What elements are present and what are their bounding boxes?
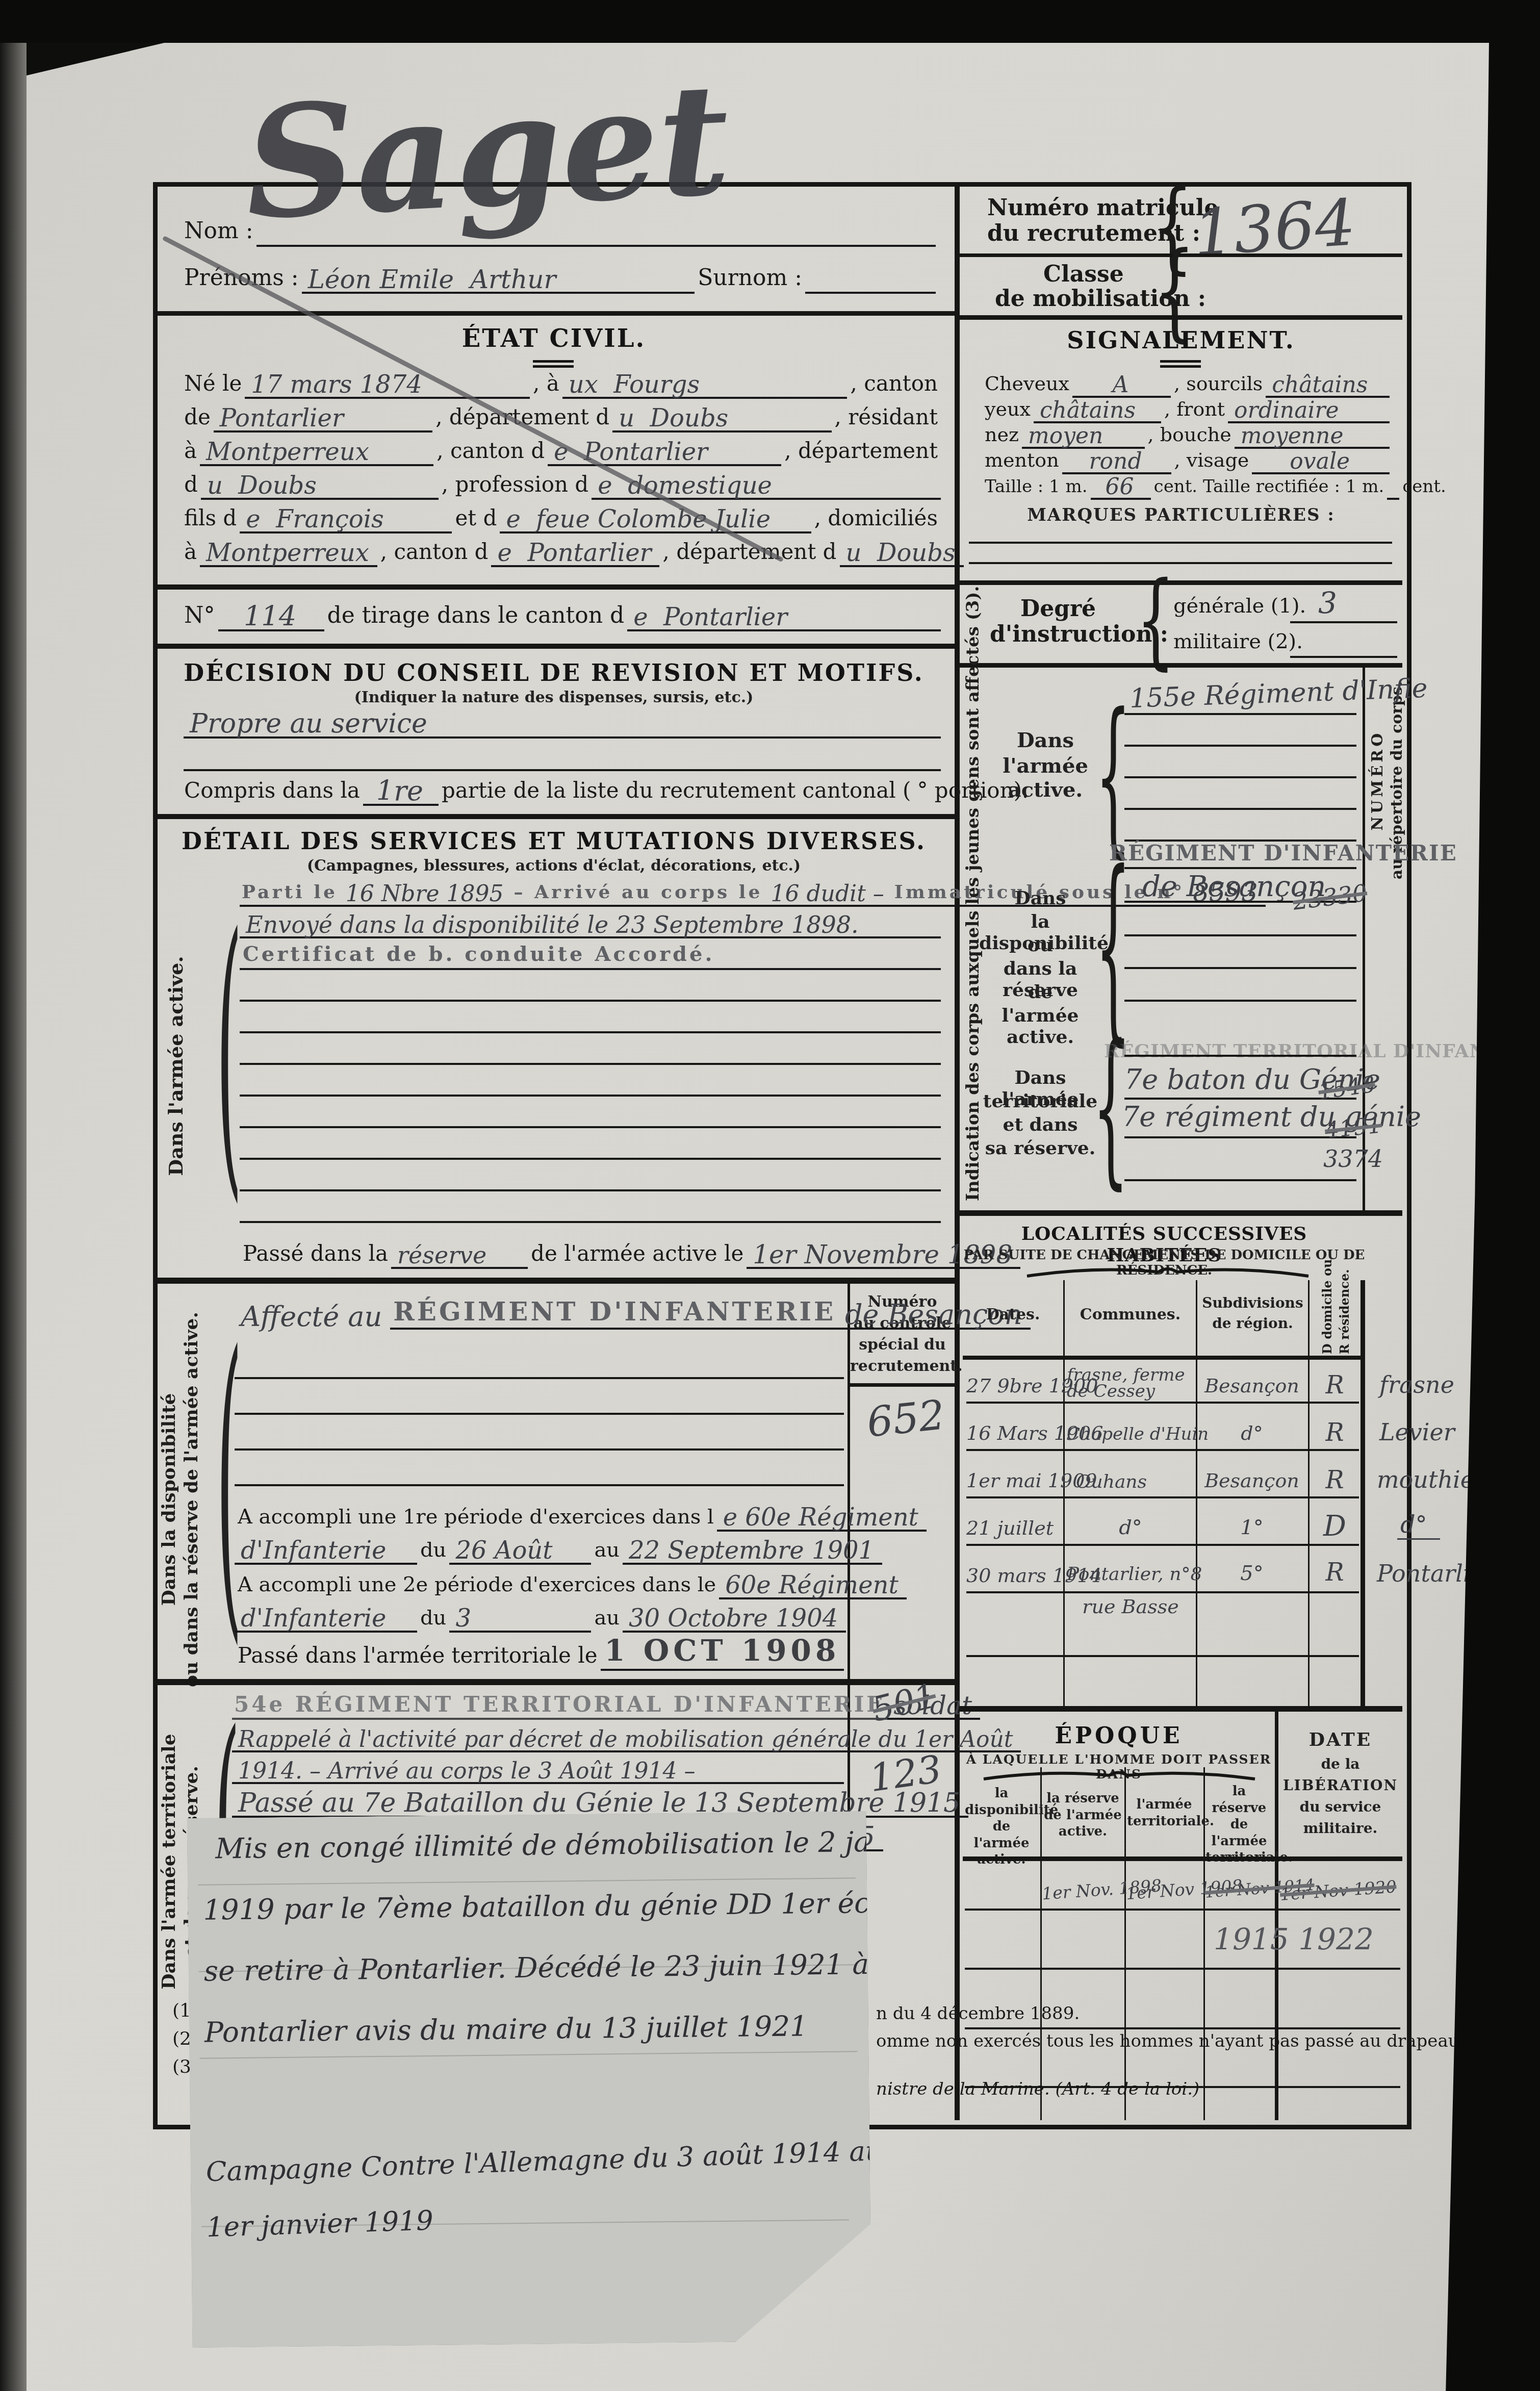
service-blank-3	[240, 1063, 941, 1065]
regiment-infanterie-stamp-right: RÉGIMENT D'INFANTERIE	[1109, 841, 1359, 866]
periode1-regiment: e 60e Régiment	[717, 1506, 927, 1532]
bouche-value: moyenne	[1235, 425, 1390, 449]
passe-territoriale-label: Passé dans l'armée territoriale le	[235, 1643, 601, 1671]
epoque-date-header-4: du service	[1278, 1798, 1402, 1815]
loc-r4-dr: D	[1311, 1510, 1359, 1543]
parti-value: 16 Nbre 1895	[340, 883, 512, 907]
service-blank-4	[240, 1095, 941, 1097]
localites-right-border	[1361, 1280, 1365, 1706]
signalement-row-3: nez moyen , bouche moyenne	[982, 422, 1390, 449]
dispo-corps-label-5: de	[984, 981, 1096, 1003]
terr-corps-line-0	[1124, 1055, 1356, 1057]
etat-row-1: Né le 17 mars 1874 , à ux Fourgs , canto…	[181, 369, 941, 399]
surnom-line	[805, 292, 936, 294]
periode2-row-a: A accompli une 2e période d'exercices da…	[235, 1570, 844, 1599]
service-blank-2	[240, 1031, 941, 1033]
photo-top-edge	[0, 0, 1540, 43]
instruction-divider	[960, 663, 1402, 668]
footnote-fragment-3: nistre de la Marine. (Art. 4 de la loi.)	[873, 2079, 1202, 2102]
service-blank-1	[240, 1000, 941, 1002]
arrive-value: 16 dudit –	[764, 883, 892, 907]
passe-reserve-value1: réserve	[391, 1244, 528, 1269]
ne-label: Né le	[181, 371, 245, 399]
loc-r4-sub: 1°	[1198, 1516, 1305, 1539]
epoque-row2-line	[965, 1968, 1400, 1970]
terr-corps-label-3: et dans	[974, 1114, 1107, 1135]
compris-value: 1re	[363, 778, 439, 806]
rappele-row-1: Rappelé à l'activité par décret de mobil…	[232, 1723, 844, 1752]
dom-dep-value: u Doubs	[840, 542, 964, 567]
periode2-au: au	[591, 1606, 623, 1633]
epoque-row4-line	[965, 2086, 1400, 2088]
periode1-label: A accompli une 1re période d'exercices d…	[235, 1505, 717, 1532]
residence-a-label: à	[181, 438, 200, 466]
periode2-label: A accompli une 2e période d'exercices da…	[235, 1573, 719, 1599]
passe-reserve-t2: de l'armée active le	[528, 1241, 747, 1269]
residence-value: Montperreux	[200, 441, 433, 466]
domicilies-label: , domiciliés	[811, 505, 941, 533]
prenoms-value: Léon Emile Arthur	[302, 268, 695, 294]
epoque-brace-ornament	[982, 1769, 1257, 1781]
loc-r1-line	[966, 1402, 1359, 1404]
slip-rule-3	[200, 2051, 858, 2059]
marques-line-2	[969, 562, 1392, 564]
loc-r2-commune: Chapelle d'Huin	[1067, 1424, 1209, 1444]
prenoms-row: Prénoms : Léon Emile Arthur Surnom :	[181, 265, 936, 294]
dispo-blank-2	[235, 1413, 844, 1415]
visage-value: ovale	[1252, 451, 1390, 474]
dom-value: Montperreux	[200, 542, 377, 567]
epoque-header-underline	[963, 1856, 1402, 1861]
birthplace-value: ux Fourgs	[562, 373, 848, 399]
slip-line-1: Mis en congé illimité de démobilisation …	[215, 1824, 943, 1865]
loc-r2-line	[966, 1449, 1359, 1451]
rappele-line-2: 1914. – Arrivé au corps le 3 Août 1914 –	[232, 1761, 844, 1784]
periode1-to: 22 Septembre 1901	[623, 1539, 882, 1565]
decision-value: Propre au service	[184, 711, 941, 739]
services-side-label: Dans l'armée active.	[164, 887, 187, 1244]
epoque-value-1922: 1922	[1295, 1922, 1377, 1956]
signalement-row-1: Cheveux A , sourcils châtains	[982, 371, 1390, 398]
epoque-title: ÉPOQUE	[963, 1723, 1275, 1749]
localites-col-line-1	[1063, 1280, 1065, 1706]
mother-value: e feue Colombe Julie	[500, 508, 811, 533]
periode2-du: du	[417, 1606, 449, 1633]
loc-r4-commune: d°	[1067, 1516, 1194, 1539]
nom-label: Nom :	[181, 218, 256, 247]
localites-col-sub-2: de région.	[1197, 1315, 1308, 1332]
dispo-corps-label-3: ou	[984, 934, 1096, 956]
nez-label: nez	[982, 423, 1022, 449]
slip-campagne-1: Campagne Contre l'Allemagne du 3 août 19…	[206, 2135, 883, 2188]
signalement-divider	[960, 580, 1402, 585]
dispo-corps-line-3	[1124, 1000, 1356, 1002]
residence-canton-label: , canton d	[433, 438, 548, 466]
periode2-from: 3	[449, 1607, 591, 1633]
residant-label: , résidant	[832, 404, 941, 433]
epoque-col2-header: la réserve de l'armée active.	[1043, 1790, 1122, 1840]
services-paren: (	[216, 898, 242, 1203]
genie-reg-number-2: 3374	[1323, 1145, 1383, 1173]
localites-col-line-3	[1308, 1280, 1310, 1706]
parti-stamp: Parti le	[240, 881, 340, 907]
active-line-3	[1124, 776, 1356, 778]
dispo-side-label-2: ou dans la réserve de l'armée active.	[181, 1311, 202, 1688]
armee-active-label-1: Dans	[994, 728, 1096, 752]
slip-line-3: se retire à Pontarlier. Décédé le 23 jui…	[203, 1948, 869, 1988]
epoque-col-line-1	[1040, 1767, 1042, 2120]
etat-row-4: d u Doubs , profession d e domestique	[181, 470, 941, 500]
terr-corps-label-4: sa réserve.	[974, 1137, 1107, 1159]
epoque-date-header-2: de la	[1278, 1756, 1402, 1772]
et-label: et d	[452, 505, 500, 533]
slip-line-4: Pontarlier avis du maire du 13 juillet 1…	[204, 2010, 808, 2048]
generale-value: 3	[1318, 586, 1337, 620]
matricule-box-bottom	[960, 315, 1402, 320]
localites-col-dr-1: D domicile ou	[1320, 1283, 1334, 1354]
periode1-from: 26 Août	[449, 1539, 591, 1565]
militaire-line	[1290, 656, 1397, 658]
compris-row: Compris dans la 1re partie de la liste d…	[181, 775, 941, 806]
etat-row-6: à Montperreux , canton d e Pontarlier , …	[181, 538, 941, 567]
rappele-line-1: Rappelé à l'activité par décret de mobil…	[232, 1729, 1021, 1752]
front-value: ordinaire	[1228, 400, 1390, 423]
periode1-row-b: d'Infanterie du 26 Août au 22 Septembre …	[235, 1535, 844, 1565]
menton-value: rond	[1062, 451, 1171, 474]
militaire-label: militaire (2).	[1170, 630, 1306, 656]
canton-value: Pontarlier	[214, 407, 432, 433]
dom-canton-label: , canton d	[377, 539, 492, 567]
loc-r3-sub: Besançon	[1198, 1469, 1305, 1492]
armee-active-label-2: l'armée active.	[984, 754, 1107, 802]
yeux-value: châtains	[1034, 400, 1161, 423]
localites-col-dates: Dates.	[963, 1306, 1063, 1324]
generale-line	[1290, 621, 1397, 623]
terr-corps-line-3	[1124, 1179, 1356, 1181]
epoque-col1-header: la disponibilité de l'armée active.	[965, 1785, 1038, 1868]
dispo-corps-label-6: l'armée active.	[979, 1005, 1101, 1048]
epoque-col-line-2	[1124, 1767, 1126, 2120]
ne-value: 17 mars 1874	[245, 373, 530, 399]
periode2-row-b: d'Infanterie du 3 au 30 Octobre 1904	[235, 1603, 844, 1633]
surnom-label: Surnom :	[695, 265, 805, 294]
dispo-corps-line-2	[1124, 967, 1356, 969]
loc-r5-commune-2: rue Basse	[1067, 1595, 1194, 1618]
loc-r4-date: 21 juillet	[966, 1517, 1054, 1539]
footnote-fragment-1: n du 4 décembre 1889.	[873, 2003, 1083, 2027]
taille-label: Taille : 1 m.	[982, 476, 1091, 500]
controle-header-underline	[848, 1383, 955, 1387]
dep2-label: d	[181, 472, 201, 500]
departement-label: , département d	[432, 404, 612, 433]
regiment-infanterie-stamp: RÉGIMENT D'INFANTERIE	[390, 1296, 839, 1330]
degre-label-1: Degré	[1017, 596, 1099, 625]
localites-divider	[960, 1706, 1402, 1712]
canton-label: , canton	[847, 371, 941, 399]
epoque-date-header-3: LIBÉRATION	[1278, 1777, 1402, 1794]
departement-value: u Doubs	[612, 407, 831, 433]
etat-civil-ornament	[533, 360, 574, 368]
compris-t2: partie de la liste du recrutement canton…	[439, 778, 914, 806]
registrant-name-script: Saget	[240, 48, 733, 253]
epoque-row1-line	[965, 1909, 1400, 1911]
terr-corps-line-2	[1124, 1136, 1356, 1138]
decision-row: Propre au service	[184, 709, 941, 739]
loc-r1-dr: R	[1311, 1371, 1359, 1400]
margin-note-2: Levier	[1379, 1418, 1455, 1446]
decision-blank-line	[184, 769, 941, 771]
epoque-date-border	[1275, 1712, 1278, 2120]
signalement-row-5: Taille : 1 m. 66 cent. Taille rectifiée …	[982, 473, 1390, 500]
marques-line-1	[969, 542, 1392, 544]
controle-header-4: recrutement.	[850, 1357, 955, 1375]
epoque-col3-header: l'armée territoriale.	[1127, 1796, 1201, 1829]
loc-r1-sub: Besançon	[1198, 1375, 1305, 1397]
a-label: , à	[530, 371, 562, 399]
residence-dep-label: , département	[781, 438, 941, 466]
main-column-divider	[955, 187, 960, 2120]
front-label: , front	[1161, 398, 1228, 423]
loc-r5-sub: 5°	[1198, 1562, 1305, 1585]
territorial-side-label-1: Dans l'armée territoriale	[158, 1698, 179, 2025]
epoque-date-header-5: militaire.	[1278, 1820, 1402, 1837]
arrive-stamp: – Arrivé au corps le	[512, 881, 765, 907]
controle-number: 652	[865, 1391, 947, 1446]
epoque-row3-line	[965, 2027, 1400, 2029]
dispo-side-label-1: Dans la disponibilité	[158, 1311, 179, 1688]
compris-divider	[153, 814, 955, 819]
header-divider	[153, 311, 955, 316]
etat-row-2: de Pontarlier , département d u Doubs , …	[181, 403, 941, 433]
service-blank-8	[240, 1221, 941, 1223]
photographed-register-page: Saget Nom : Prénoms : Léon Emile Arthur …	[0, 0, 1540, 2391]
epoque-date-header-1: DATE	[1278, 1729, 1402, 1750]
visage-label: , visage	[1171, 449, 1252, 474]
affecte-row: Affecté au RÉGIMENT D'INFANTERIE de Besa…	[235, 1298, 844, 1330]
photo-left-edge	[0, 43, 27, 2391]
degre-brace: {	[1136, 569, 1175, 673]
dispo-blank-4	[235, 1484, 844, 1486]
services-divider	[153, 1278, 955, 1284]
de-label: de	[181, 404, 214, 433]
localites-brace-ornament	[1025, 1265, 1311, 1278]
signalement-row-2: yeux châtains , front ordinaire	[982, 397, 1390, 423]
tirage-divider	[153, 644, 955, 649]
date-stamp-1-oct-1908: 1 OCT 1908	[601, 1633, 844, 1671]
localites-col-dr-2: R résidence.	[1337, 1283, 1352, 1354]
sourcils-value: châtains	[1266, 374, 1390, 398]
service-blank-7	[240, 1189, 941, 1191]
passe-territoriale-row: Passé dans l'armée territoriale le 1 OCT…	[235, 1638, 844, 1671]
loc-r2-dr: R	[1311, 1418, 1359, 1447]
dep2-value: u Doubs	[201, 474, 439, 500]
loc-r5-dr: R	[1311, 1558, 1359, 1587]
dom-canton-value: e Pontarlier	[491, 542, 659, 567]
etat-civil-title: ÉTAT CIVIL.	[153, 324, 955, 353]
active-line-2	[1124, 745, 1356, 747]
localites-col-line-2	[1196, 1280, 1197, 1706]
slip-rule-1	[198, 1877, 856, 1886]
etat-civil-divider	[153, 584, 955, 590]
etat-row-5: fils d e François et d e feue Colombe Ju…	[181, 504, 941, 533]
regiment-territorial-stamp: 54e RÉGIMENT TERRITORIAL D'INFANTERIE	[232, 1692, 887, 1720]
marques-label: MARQUES PARTICULIÈRES :	[960, 505, 1402, 525]
cheveux-value: A	[1072, 374, 1171, 398]
envoye-value: Envoyé dans la disponibilité le 23 Septe…	[240, 914, 941, 938]
etat-row-3: à Montperreux , canton d e Pontarlier , …	[181, 437, 941, 466]
loc-r2-sub: d°	[1198, 1422, 1305, 1444]
rappele-row-2: 1914. – Arrivé au corps le 3 Août 1914 –	[232, 1754, 844, 1784]
tirage-no-label: N°	[181, 602, 218, 631]
service-line-2: Envoyé dans la disponibilité le 23 Septe…	[240, 910, 941, 938]
services-title: DÉTAIL DES SERVICES ET MUTATIONS DIVERSE…	[153, 827, 955, 855]
generale-label: générale (1).	[1170, 594, 1309, 621]
tirage-text: de tirage dans le canton d	[324, 602, 628, 631]
terr-corps-label-2: territoriale	[974, 1090, 1107, 1112]
loc-r5-commune: Pontarlier, n°8	[1067, 1564, 1202, 1585]
controle-header-3: spécial du	[850, 1336, 955, 1354]
compris-t1: Compris dans la	[181, 778, 363, 806]
signalement-row-4: menton rond , visage ovale	[982, 448, 1390, 474]
attached-note-slip: Mis en congé illimité de démobilisation …	[187, 1811, 872, 2348]
tirage-canton-value: e Pontarlier	[627, 606, 941, 631]
loc-r3-dr: R	[1311, 1466, 1359, 1494]
cheveux-label: Cheveux	[982, 372, 1072, 398]
certificat-stamp: Certificat de b. conduite Accordé.	[240, 942, 717, 970]
signalement-ornament	[1160, 360, 1201, 368]
service-line-1: Parti le 16 Nbre 1895 – Arrivé au corps …	[240, 878, 941, 907]
tirage-no-value: 114	[218, 603, 324, 631]
taille-rectifiee-line	[1387, 498, 1399, 500]
margin-note-4: d°	[1397, 1511, 1440, 1540]
services-subtitle: (Campagnes, blessures, actions d'éclat, …	[153, 857, 955, 875]
stamp-line	[1124, 867, 1356, 869]
decision-subtitle: (Indiquer la nature des dispenses, sursi…	[153, 689, 955, 706]
periode2-to: 30 Octobre 1904	[623, 1607, 846, 1633]
localites-col-sub-1: Subdivisions	[1197, 1294, 1308, 1311]
passe-reserve-row: Passé dans la réserve de l'armée active …	[240, 1238, 941, 1269]
taille-value: 66	[1091, 476, 1151, 500]
affecte-hw: Affecté au	[235, 1304, 390, 1330]
certificat-line	[717, 968, 941, 970]
taille-cent-label: cent.	[1399, 476, 1449, 500]
father-value: e François	[240, 508, 452, 533]
dispo-corps-line-1	[1124, 934, 1356, 936]
epoque-value-1915: 1915	[1214, 1922, 1275, 1956]
localites-col-communes: Communes.	[1065, 1306, 1196, 1324]
epoque-col4-header: la réserve de l'armée territoriale.	[1205, 1783, 1273, 1866]
passe-reserve-t1: Passé dans la	[240, 1241, 391, 1269]
signalement-title: SIGNALEMENT.	[960, 326, 1402, 354]
periode1-row-a: A accompli une 1re période d'exercices d…	[235, 1502, 844, 1532]
corps-divider	[960, 1210, 1402, 1216]
loc-r1-commune: frasne, ferme de Cessey	[1067, 1367, 1193, 1400]
margin-note-1: frasne	[1379, 1371, 1454, 1398]
dispo-divider	[153, 1679, 955, 1685]
sourcils-label: , sourcils	[1171, 372, 1266, 398]
service-blank-6	[240, 1158, 941, 1160]
dispo-blank-1	[235, 1377, 844, 1379]
periode1-du: du	[417, 1538, 449, 1565]
periode2-regiment: 60e Régiment	[719, 1574, 907, 1599]
active-line-1	[1124, 713, 1356, 715]
service-blank-5	[240, 1126, 941, 1128]
dom-a-label: à	[181, 539, 200, 567]
loc-r5-line	[966, 1591, 1359, 1593]
dispo-blank-3	[235, 1448, 844, 1451]
service-line-3: Certificat de b. conduite Accordé.	[240, 942, 941, 970]
matricule-value: 1364	[1191, 186, 1357, 271]
bouche-label: , bouche	[1145, 423, 1235, 449]
footnote-fragment-2: omme non exercés tous les hommes n'ayant…	[873, 2031, 1468, 2054]
periode1-infanterie: d'Infanterie	[235, 1539, 417, 1565]
decision-title: DÉCISION DU CONSEIL DE REVISION ET MOTIF…	[153, 659, 955, 686]
loc-blank-line	[966, 1655, 1359, 1657]
yeux-label: yeux	[982, 398, 1034, 423]
dispo-corps-label-1: Dans	[984, 887, 1096, 909]
loc-r3-commune: Ouhans	[1076, 1471, 1147, 1492]
active-line-4	[1124, 808, 1356, 810]
fils-label: fils d	[181, 505, 240, 533]
taille-rectifiee-label: cent. Taille rectifiée : 1 m.	[1151, 476, 1388, 500]
nez-value: moyen	[1022, 425, 1145, 449]
loc-r3-line	[966, 1496, 1359, 1498]
localites-header-underline	[963, 1356, 1363, 1360]
regiment-territorial-stamp-right: RÉGIMENT TERRITORIAL D'INFANTERIE	[1104, 1040, 1400, 1062]
tirage-row: N° 114 de tirage dans le canton d e Pont…	[181, 601, 941, 631]
periode2-infanterie: d'Infanterie	[235, 1607, 417, 1633]
loc-r4-line	[966, 1544, 1359, 1546]
menton-label: menton	[982, 449, 1062, 474]
territorial-stamp-row: 54e RÉGIMENT TERRITORIAL D'INFANTERIE so…	[232, 1689, 844, 1720]
profession-label: , profession d	[439, 472, 592, 500]
slip-campagne-2: 1er janvier 1919	[206, 2205, 433, 2243]
periode1-au: au	[591, 1538, 623, 1565]
